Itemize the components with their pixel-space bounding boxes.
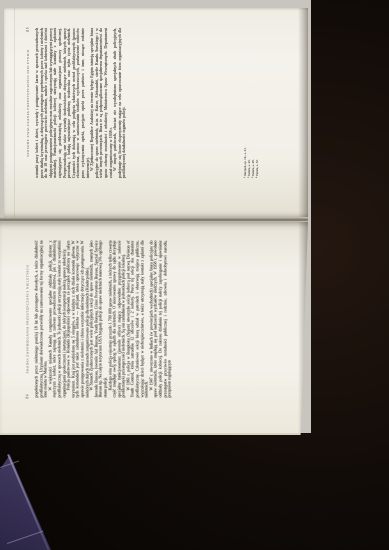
running-head-text: ŚRODKI ZAPOBIEGANIA PRZESTĘPCZOŚCI NIELE… [26,265,30,374]
body-paragraph: popełnionych przez nieletniego poniżej 1… [35,241,49,398]
body-paragraph: Policja państwowa w Holandii (Rijkspolit… [67,241,90,398]
body-paragraph: W innych państwach, chociaż nie wyodrębn… [113,28,127,178]
running-head: ŚRODKI ZAPOBIEGANIA PRZESTĘPCZOŚCI NIELE… [26,241,30,398]
footnote-block: ¹ Interpol, op. cit., s. 41. ² Tamże, s.… [244,28,260,178]
body-paragraph: W Zjednoczonej Republice Arabskiej na te… [90,28,113,178]
page-verso: ŚRODKI ZAPOBIEGANIA PRZESTĘPCZOŚCI NIELE… [0,222,308,435]
body-paragraph: W 1961 r. policja w Bangkoku (Syjam) utw… [126,241,149,398]
folio-number: 84 [26,394,30,399]
running-head: SPOSOBY ZWALCZANIA PRZESTĘPCZOŚCI NIELET… [26,28,30,178]
running-head-text: SPOSOBY ZWALCZANIA PRZESTĘPCZOŚCI NIELET… [26,49,30,157]
body-text: warunki pracy kobiet i dzieci, wywiady i… [35,28,127,178]
footnote-line: ⁴ Tamże, s. 52. [256,28,260,178]
body-paragraph: Każdego roku policja rejestruje przeszło… [108,241,126,398]
page-recto-printed-area: SPOSOBY ZWALCZANIA PRZESTĘPCZOŚCI NIELET… [4,8,308,218]
body-paragraph: W Stanach Zjednoczonych jest wiele polic… [90,241,108,398]
body-text: popełnionych przez nieletniego poniżej 1… [35,241,173,398]
body-paragraph: warunki pracy kobiet i dzieci, wywiady i… [35,28,90,178]
page-verso-printed-area: ŚRODKI ZAPOBIEGANIA PRZESTĘPCZOŚCI NIELE… [0,223,308,434]
body-paragraph: W 1947 r. utworzono w Indiach (w prowinc… [149,241,172,398]
body-paragraph: W większości miastach Kanady zorganizowa… [48,241,66,398]
page-edge-shadow [298,8,308,218]
folio-number: 85 [26,27,30,32]
page-recto: SPOSOBY ZWALCZANIA PRZESTĘPCZOŚCI NIELET… [4,8,308,218]
book-scan: SPOSOBY ZWALCZANIA PRZESTĘPCZOŚCI NIELET… [0,0,389,550]
